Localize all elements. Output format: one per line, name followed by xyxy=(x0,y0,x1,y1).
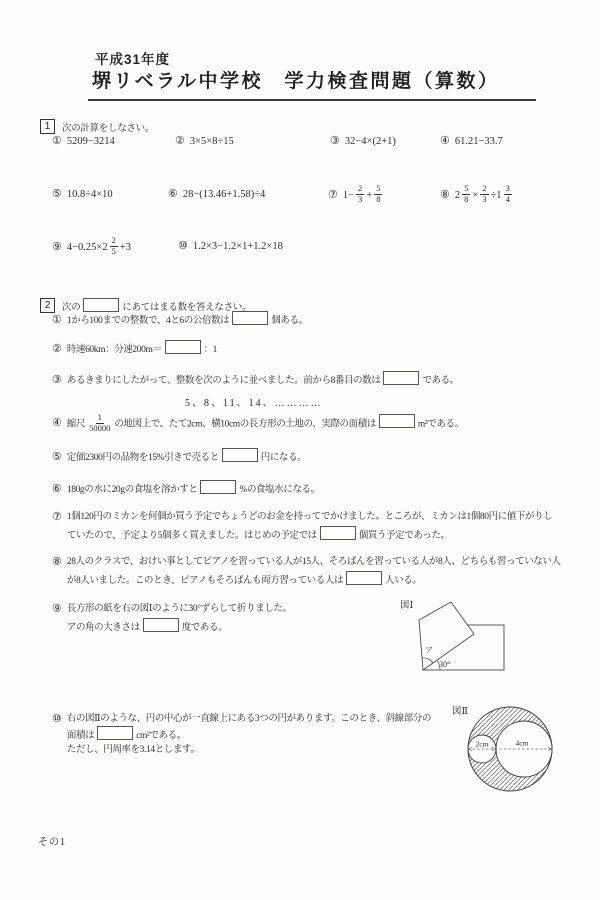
expression: 1−23+58 xyxy=(343,190,385,201)
section1-header: 1 次の計算をしなさい。 xyxy=(40,119,154,134)
problem-2-7: ⑦ 1個120円のミカンを何個か買う予定でちょうどのお金を持ってでかけました。と… xyxy=(52,508,552,545)
expression: 3×5×8÷15 xyxy=(190,136,234,147)
answer-box xyxy=(200,480,236,494)
problem-1-10: ⑩1.2×3−1.2×1+1.2×18 xyxy=(178,239,283,252)
problem-text: 1個120円のミカンを何個か買う予定でちょうどのお金を持ってでかけました。ところ… xyxy=(67,508,552,526)
problem-number: ⑧ xyxy=(440,189,450,201)
problem-number: ⑩ xyxy=(52,712,62,726)
problem-number: ① xyxy=(52,135,62,147)
section1-marker: 1 xyxy=(40,119,55,134)
problem-number: ⑨ xyxy=(52,241,62,253)
problem-2-4: ④ 縮尺150000の地図上で、たて2cm、横10cmの長方形の土地の、実際の面… xyxy=(52,414,464,435)
era-label: 平成31年度 xyxy=(95,48,170,68)
problem-number: ③ xyxy=(52,371,62,389)
problem-1-5: ⑤10.8÷4×10 xyxy=(52,187,113,200)
answer-box xyxy=(232,311,268,325)
answer-box xyxy=(379,414,415,428)
expression: 5209−3214 xyxy=(67,136,115,147)
problem-number: ⑦ xyxy=(52,508,62,526)
figure2-circles: 図Ⅱ 2cm 4cm xyxy=(450,700,565,802)
problem-text: 定価2300円の品物を15%引きで売ると円になる。 xyxy=(67,448,306,467)
problem-1-3: ③32−4×(2+1) xyxy=(330,134,396,147)
figure1-label: 図Ⅰ xyxy=(400,600,414,611)
problem-number: ② xyxy=(175,135,185,147)
expression: 4−0.25×225+3 xyxy=(67,242,131,253)
answer-box xyxy=(165,340,201,354)
answer-box xyxy=(222,448,258,462)
problem-1-7: ⑦1−23+58 xyxy=(328,185,384,206)
problem-text: 28人のクラスで、おけい事としてピアノを習っている人が15人、そろばんを習ってい… xyxy=(67,553,561,571)
problem-text: 長方形の紙を右の図Ⅰのように30°ずらして折りました。 xyxy=(67,600,292,618)
problem-number: ⑦ xyxy=(328,189,338,201)
title-underline xyxy=(88,99,536,101)
problem-2-5: ⑤ 定価2300円の品物を15%引きで売ると円になる。 xyxy=(52,448,306,467)
problem-2-2: ② 時速60km：分速200m＝：1 xyxy=(52,340,217,359)
expression: 61.21−33.7 xyxy=(455,136,503,147)
problem-number: ④ xyxy=(440,135,450,147)
problem-1-6: ⑥28−(13.46+1.58)÷4 xyxy=(168,187,265,200)
fraction: 58 xyxy=(374,184,382,205)
expression: 258×23÷134 xyxy=(455,190,514,201)
problem-text: ていたので、予定より5個多く買えました。はじめの予定では個買う予定であった。 xyxy=(67,526,552,545)
expression: 28−(13.46+1.58)÷4 xyxy=(183,189,265,200)
problem-2-1: ① 1から100までの整数で、4と6の公倍数は個ある。 xyxy=(52,311,308,330)
section1-instruction: 次の計算をしなさい。 xyxy=(62,120,154,134)
number-sequence: 5、8、11、14、………… xyxy=(185,394,323,409)
angle-a-label: ア xyxy=(425,646,433,655)
problem-text: アの角の大きさは度である。 xyxy=(67,618,292,637)
problem-text: 面積はcm²である。 xyxy=(67,726,431,743)
problem-number: ⑥ xyxy=(168,188,178,200)
problem-2-10: ⑩ 右の図Ⅱのような、円の中心が一直線上にある3つの円があります。このとき、斜線… xyxy=(52,712,431,757)
problem-text: 180gの水に20gの食塩を溶かすと%の食塩水になる。 xyxy=(67,480,320,499)
problem-text: 縮尺150000の地図上で、たて2cm、横10cmの長方形の土地の、実際の面積は… xyxy=(67,414,464,435)
expression: 32−4×(2+1) xyxy=(345,136,396,147)
exam-page: { "page": { "era": "平成31年度", "title": "堺… xyxy=(0,0,600,900)
problem-number: ⑥ xyxy=(52,480,62,498)
large-diameter-label: 4cm xyxy=(516,739,529,748)
problem-number: ③ xyxy=(330,135,340,147)
problem-number: ④ xyxy=(52,414,62,432)
answer-box xyxy=(383,371,419,385)
answer-box xyxy=(346,571,382,585)
problem-2-8: ⑧ 28人のクラスで、おけい事としてピアノを習っている人が15人、そろばんを習っ… xyxy=(52,553,561,590)
problem-text: が8人いました。このとき、ピアノもそろばんも両方習っている人は人いる。 xyxy=(67,571,561,590)
expression: 1.2×3−1.2×1+1.2×18 xyxy=(193,241,283,252)
figure1-folded-rectangle: 図Ⅰ ア 30° xyxy=(395,595,520,685)
fraction: 25 xyxy=(110,236,118,257)
answer-box xyxy=(83,298,119,312)
problem-number: ⑧ xyxy=(52,553,62,571)
page-title: 堺リベラル中学校 学力検査問題（算数） xyxy=(92,66,500,93)
problem-text: 右の図Ⅱのような、円の中心が一直線上にある3つの円があります。このとき、斜線部分… xyxy=(67,712,431,726)
problem-1-9: ⑨4−0.25×225+3 xyxy=(52,237,131,258)
fraction: 150000 xyxy=(87,413,112,434)
problem-text: 時速60km：分速200m＝：1 xyxy=(67,340,217,359)
problem-number: ⑤ xyxy=(52,188,62,200)
problem-1-1: ①5209−3214 xyxy=(52,134,115,147)
page-footer: その1 xyxy=(38,833,66,848)
problem-text: ただし、円周率を3.14とします。 xyxy=(67,743,431,757)
answer-box xyxy=(320,526,356,540)
fraction: 23 xyxy=(480,184,488,205)
problem-number: ⑩ xyxy=(178,240,188,252)
small-diameter-label: 2cm xyxy=(476,740,489,749)
problem-2-9: ⑨ 長方形の紙を右の図Ⅰのように30°ずらして折りました。 アの角の大きさは度で… xyxy=(52,600,292,637)
answer-box xyxy=(143,618,179,632)
fraction: 58 xyxy=(462,184,470,205)
problem-number: ⑤ xyxy=(52,448,62,466)
problem-1-8: ⑧258×23÷134 xyxy=(440,185,514,206)
problem-number: ① xyxy=(52,311,62,329)
fraction: 34 xyxy=(504,184,512,205)
problem-1-2: ②3×5×8÷15 xyxy=(175,134,234,147)
problem-2-6: ⑥ 180gの水に20gの食塩を溶かすと%の食塩水になる。 xyxy=(52,480,320,499)
angle-30-label: 30° xyxy=(439,660,450,669)
problem-text: あるきまりにしたがって、整数を次のように並べました。前から8番目の数はである。 xyxy=(67,371,459,390)
problem-1-4: ④61.21−33.7 xyxy=(440,134,503,147)
expression: 10.8÷4×10 xyxy=(67,189,113,200)
problem-2-3: ③ あるきまりにしたがって、整数を次のように並べました。前から8番目の数はである… xyxy=(52,371,459,390)
answer-box xyxy=(97,726,133,740)
problem-number: ⑨ xyxy=(52,600,62,618)
figure2-label: 図Ⅱ xyxy=(452,706,468,717)
problem-number: ② xyxy=(52,340,62,358)
problem-text: 1から100までの整数で、4と6の公倍数は個ある。 xyxy=(67,311,308,330)
fraction: 23 xyxy=(356,184,364,205)
